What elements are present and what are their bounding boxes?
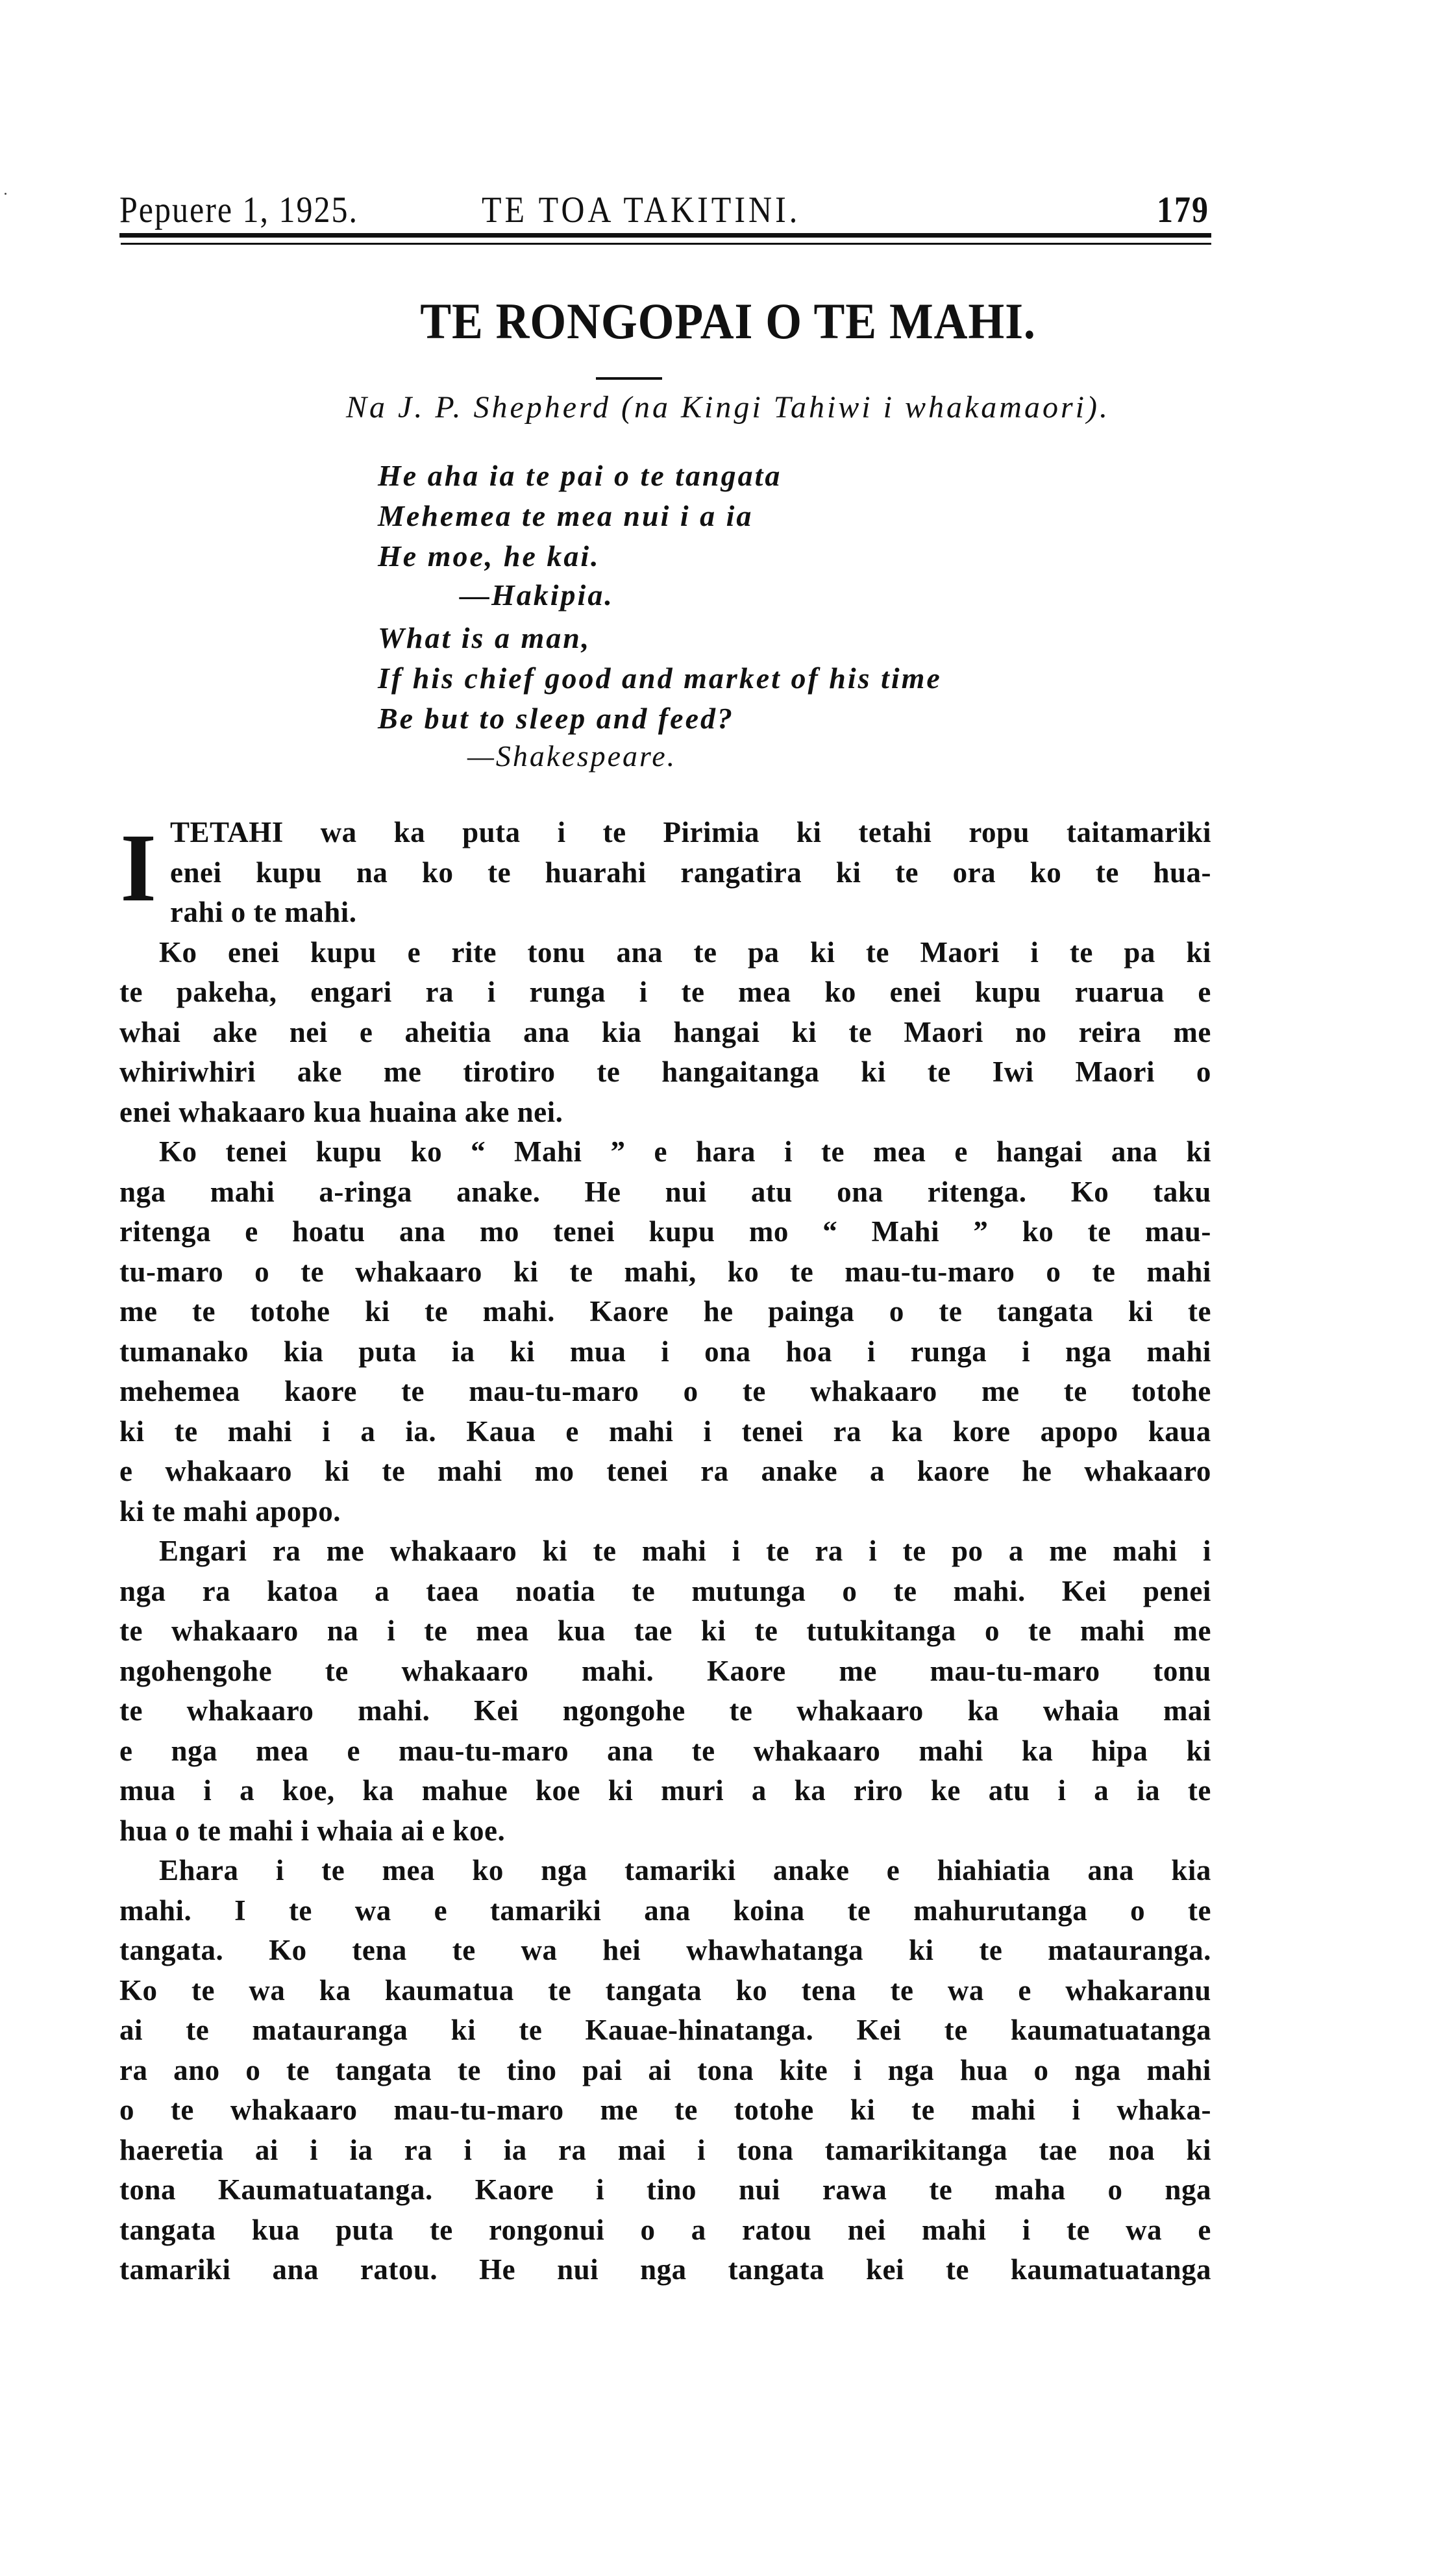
body-line: ngohengohetewhakaaromahi.Kaorememau-tu-m… bbox=[119, 1651, 1211, 1690]
body-line: mahi.Itewaetamarikianakoinatemahurutanga… bbox=[119, 1891, 1211, 1930]
article-title: TE RONGOPAI O TE MAHI. bbox=[58, 292, 1398, 351]
header-rule-thick bbox=[119, 233, 1211, 238]
body-line: enei whakaaro kua huaina ake nei. bbox=[119, 1093, 1211, 1131]
body-line: Kotewakakaumatuatetangatakotenatewaewhak… bbox=[119, 1971, 1211, 2010]
body-line: Koteneikupuko“Mahi”eharaitemeaehangaiana… bbox=[159, 1132, 1211, 1171]
body-line: TETAHIwakaputaitePirimiakitetahiroputait… bbox=[170, 813, 1211, 852]
body-line: engameaemau-tu-maroanatewhakaaromahikahi… bbox=[119, 1731, 1211, 1770]
body-line: hua o te mahi i whaia ai e koe. bbox=[119, 1811, 1211, 1850]
body-line: metetotohekitemahi.Kaorehepaingaotetanga… bbox=[119, 1292, 1211, 1331]
body-line: ngamahia-ringaanake.Henuiatuonaritenga.K… bbox=[119, 1172, 1211, 1211]
body-line: tangatakuaputaterongonuioaratouneimahiit… bbox=[119, 2210, 1211, 2249]
body-line: tonaKaumatuatanga.Kaoreitinonuirawatemah… bbox=[119, 2170, 1211, 2209]
header-publication-title: TE TOA TAKITINI. bbox=[482, 187, 800, 232]
title-separator bbox=[596, 377, 662, 380]
body-line: tumanakokiaputaiakimuaionahoairungaingam… bbox=[119, 1332, 1211, 1371]
drop-cap: I bbox=[120, 819, 156, 917]
body-line: tangata.Kotenatewaheiwhawhatangakitemata… bbox=[119, 1931, 1211, 1970]
body-line: ki te mahi apopo. bbox=[119, 1492, 1211, 1531]
body-line: whaiakeneieaheitiaanakiahangaikiteMaorin… bbox=[119, 1013, 1211, 1052]
body-line: ngarakatoaataeanoatiatemutungaotemahi.Ke… bbox=[119, 1572, 1211, 1611]
body-line: Eharaitemeakongatamarikianakeehiahiatiaa… bbox=[159, 1851, 1211, 1890]
epigraph-line: He aha ia te pai o te tangata bbox=[378, 456, 782, 496]
epigraph-line: What is a man, bbox=[378, 618, 942, 658]
body-line: mehemeakaoretemau-tu-marootewhakaaromete… bbox=[119, 1372, 1211, 1411]
body-line: otewhakaaromau-tu-marometetotohekitemahi… bbox=[119, 2090, 1211, 2129]
body-line: ewhakaarokitemahimoteneiraanakeakaorehew… bbox=[119, 1452, 1211, 1490]
body-line: eneikupunakotehuarahirangatirakiteorakot… bbox=[170, 853, 1211, 892]
epigraph-line: Mehemea te mea nui i a ia bbox=[378, 496, 782, 536]
epigraph-maori-attribution: —Hakipia. bbox=[460, 578, 614, 612]
epigraph-english-attribution: —Shakespeare. bbox=[467, 739, 676, 773]
body-line: muaiakoe,kamahuekoekimuriakarirokeatuiai… bbox=[119, 1771, 1211, 1810]
epigraph-english: What is a man, If his chief good and mar… bbox=[378, 618, 942, 739]
body-line: haeretiaaiiiaraiiaramaiitonatamarikitang… bbox=[119, 2131, 1211, 2170]
scan-speck bbox=[5, 193, 6, 195]
article-byline: Na J. P. Shepherd (na Kingi Tahiwi i wha… bbox=[0, 390, 1456, 425]
page-number: 179 bbox=[1157, 187, 1209, 232]
body-line: Engariramewhakaarokitemahiiteraitepoamem… bbox=[159, 1531, 1211, 1570]
header-rule-thin bbox=[121, 243, 1211, 245]
body-line: tewhakaaronaitemeakuataekitetutukitangao… bbox=[119, 1611, 1211, 1650]
epigraph-line: He moe, he kai. bbox=[378, 536, 782, 576]
epigraph-line: If his chief good and market of his time bbox=[378, 658, 942, 699]
epigraph-maori: He aha ia te pai o te tangata Mehemea te… bbox=[378, 456, 782, 576]
body-line: rahi o te mahi. bbox=[170, 893, 1211, 932]
epigraph-line: Be but to sleep and feed? bbox=[378, 699, 942, 739]
body-line: ritengaehoatuanamoteneikupumo“Mahi”kotem… bbox=[119, 1212, 1211, 1251]
header-date: Pepuere 1, 1925. bbox=[119, 187, 358, 232]
body-line: tepakeha,engarirairungaitemeakoeneikupur… bbox=[119, 972, 1211, 1011]
body-line: tewhakaaromahi.Keingongohetewhakaarokawh… bbox=[119, 1691, 1211, 1730]
body-line: raanootetangatatetinopaiaitonakiteingahu… bbox=[119, 2051, 1211, 2090]
body-line: KoeneikupueritetonuanatepakiteMaoriitepa… bbox=[159, 933, 1211, 972]
body-line: kitemahiiaia.Kauaemahiiteneirakakoreapop… bbox=[119, 1412, 1211, 1451]
body-line: aitemataurangakiteKauae-hinatanga.Keitek… bbox=[119, 2010, 1211, 2049]
body-line: whiriwhiriakemetirotirotehangaitangakite… bbox=[119, 1052, 1211, 1091]
body-line: tu-marootewhakaarokitemahi,kotemau-tu-ma… bbox=[119, 1252, 1211, 1291]
body-line: tamarikianaratou.Henuingatangatakeitekau… bbox=[119, 2250, 1211, 2289]
